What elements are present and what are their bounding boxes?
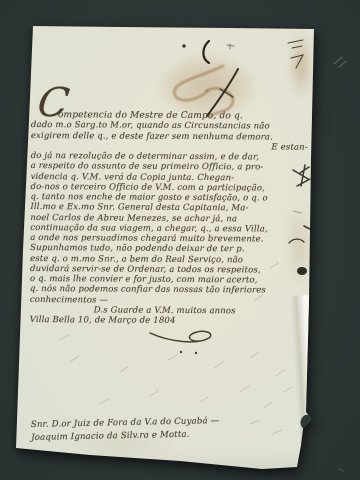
ink-bleed-swirl: [174, 66, 233, 117]
rubric-flourish-icon: [182, 41, 234, 63]
manuscript-line: exigirem delle q., e deste fazer sem nen…: [31, 130, 310, 142]
paper-shadow-wrap: C ompetencia do Mestre de Campo, do q. d…: [0, 0, 360, 480]
date-underline-flourish: [150, 331, 211, 354]
drop-cap-initial: C: [35, 83, 71, 123]
address-block: Snr. D.or Juiz de Fora da V.a do Cuyabá …: [31, 415, 220, 444]
ink-stain: [160, 55, 255, 117]
foxing-stain: [288, 30, 314, 100]
date-line: Villa Bella 10, de Março de 1804: [30, 315, 309, 327]
margin-scribble: [288, 40, 303, 68]
rubric-diagonal-stroke: [207, 69, 238, 116]
letter-body: C ompetencia do Mestre de Campo, do q. d…: [30, 110, 310, 327]
photo-backdrop: C ompetencia do Mestre de Campo, do q. d…: [0, 0, 360, 480]
edge-tear-notch: [301, 414, 315, 431]
manuscript-paper: C ompetencia do Mestre de Campo, do q. d…: [0, 0, 360, 480]
